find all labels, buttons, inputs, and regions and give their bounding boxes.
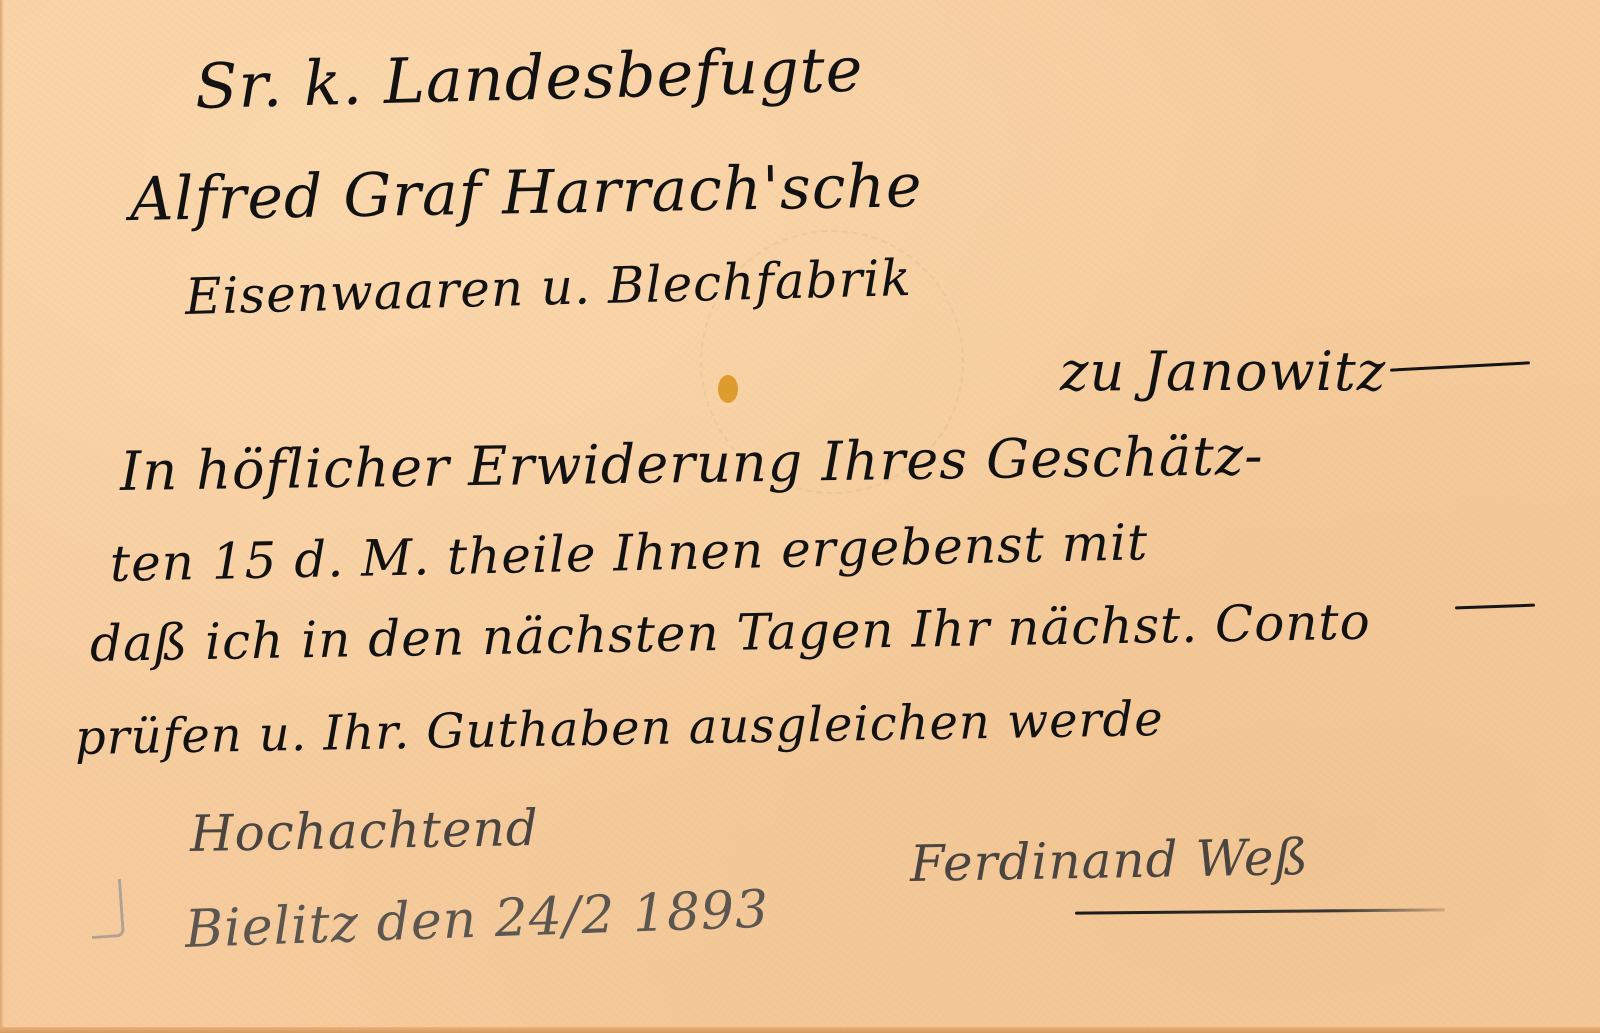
address-line-1: Sr. k. Landesbefugte (194, 33, 864, 123)
body-line-3: daß ich in den nächsten Tagen Ihr nächst… (89, 593, 1371, 673)
card-left-edge (0, 0, 4, 1033)
body-line-4: prüfen u. Ihr. Guthaben ausgleichen werd… (75, 691, 1165, 766)
body-line-2: ten 15 d. M. theile Ihnen ergebenst mit (109, 513, 1148, 593)
body-line-1: In höflicher Erwiderung Ihres Geschätz- (120, 424, 1264, 503)
ink-stain (718, 375, 738, 403)
address-line-4: zu Janowitz (1060, 340, 1386, 403)
signature-underline (1075, 908, 1445, 914)
signature: Ferdinand Weß (909, 828, 1309, 893)
postcard: Sr. k. Landesbefugte Alfred Graf Harrach… (0, 0, 1600, 1033)
card-bottom-edge (0, 1027, 1600, 1033)
address-flourish (1390, 361, 1530, 371)
address-line-2: Alfred Graf Harrach'sche (129, 151, 923, 235)
dateline: Bielitz den 24/2 1893 (184, 880, 770, 960)
line-end-flourish (1455, 604, 1535, 610)
pencil-mark (88, 879, 125, 939)
body-line-5-closing: Hochachtend (189, 799, 539, 863)
